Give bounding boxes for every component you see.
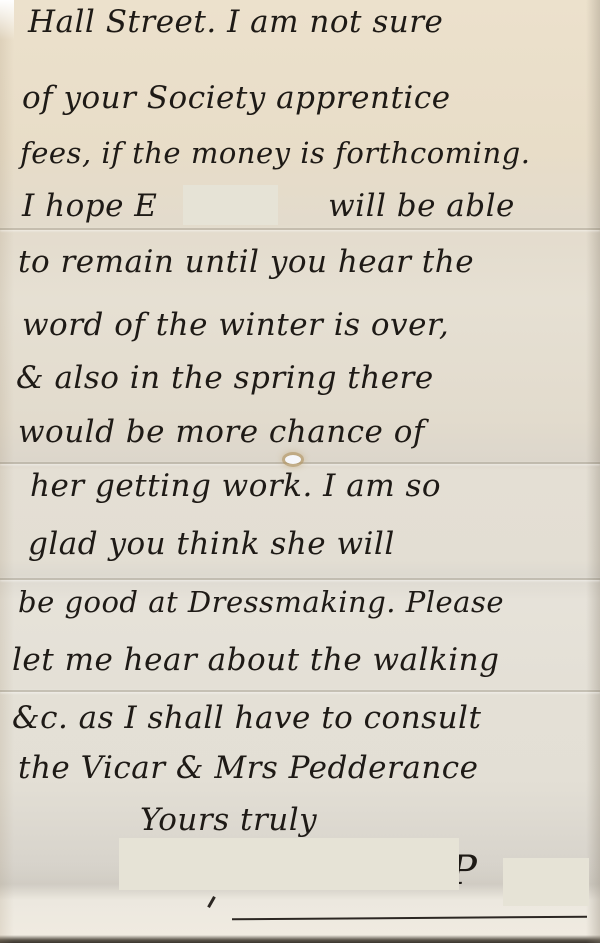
letter-line-2: of your Society apprentice bbox=[22, 78, 582, 118]
letter-line-10: glad you think she will bbox=[28, 524, 582, 564]
paper-fold-line bbox=[0, 228, 600, 230]
letter-line-14: the Vicar & Mrs Pedderance bbox=[18, 748, 582, 788]
redaction-box-name bbox=[183, 185, 278, 225]
letter-line-13: &c. as I shall have to consult bbox=[12, 698, 582, 738]
signature-underline bbox=[232, 916, 587, 920]
letter-line-3: fees, if the money is forthcoming. bbox=[20, 133, 582, 173]
letter-line-4-end: will be able bbox=[328, 188, 515, 224]
paper-fold-line bbox=[0, 690, 600, 692]
letter-line-4: I hope E will be able bbox=[22, 186, 582, 226]
letter-line-11: be good at Dressmaking. Please bbox=[18, 582, 582, 622]
letter-line-4-start: I hope E bbox=[22, 188, 157, 224]
letter-line-8: would be more chance of bbox=[18, 412, 582, 452]
letter-line-6: word of the winter is over, bbox=[22, 305, 582, 345]
letter-line-12: let me hear about the walking bbox=[12, 640, 582, 680]
letter-line-5: to remain until you hear the bbox=[18, 242, 582, 282]
letter-line-1: Hall Street. I am not sure bbox=[28, 2, 582, 42]
letter-page: Hall Street. I am not sure of your Socie… bbox=[0, 0, 600, 943]
redaction-box-surname bbox=[503, 858, 589, 906]
paper-fold-line bbox=[0, 462, 600, 464]
paper-fold-line bbox=[0, 578, 600, 580]
redaction-box-signature bbox=[119, 838, 459, 890]
letter-line-9: her getting work. I am so bbox=[30, 466, 582, 506]
pin-hole bbox=[285, 455, 301, 464]
letter-closing: Yours truly bbox=[140, 800, 582, 840]
letter-line-7: & also in the spring there bbox=[16, 358, 582, 398]
